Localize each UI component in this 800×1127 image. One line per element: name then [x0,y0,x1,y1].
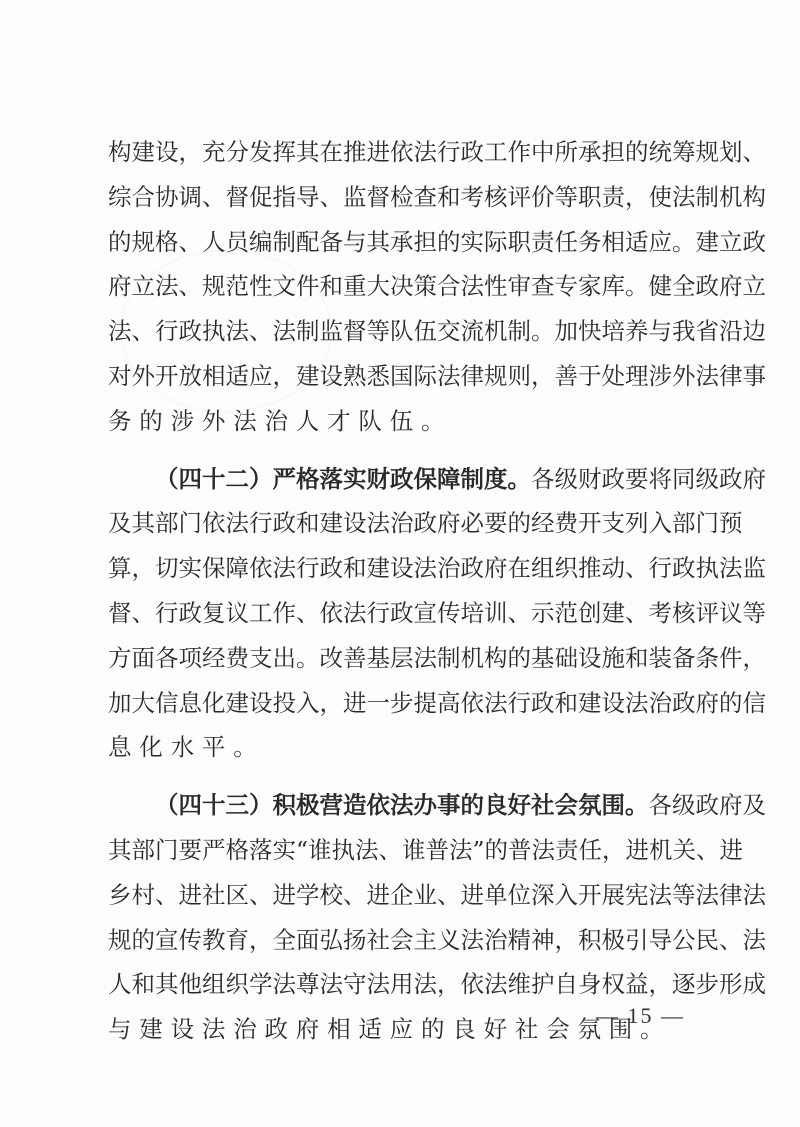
paragraph-gap [108,448,692,461]
text-line: 的规格、人员编制配备与其承担的实际职责任务相适应。建立政 [108,224,692,269]
paragraph-gap [108,774,692,787]
paragraph-continuation: 构建设，充分发挥其在推进依法行政工作中所承担的统筹规划、综合协调、督促指导、监督… [108,134,692,448]
document-body: 构建设，充分发挥其在推进依法行政工作中所承担的统筹规划、综合协调、督促指导、监督… [108,134,692,1056]
text-line: 方面各项经费支出。改善基层法制机构的基础设施和装备条件， [108,640,692,685]
text-line: 乡村、进社区、进学校、进企业、进单位深入开展宪法等法律法 [108,877,692,922]
text-line: 综合协调、督促指导、监督检查和考核评价等职责，使法制机构 [108,179,692,224]
text-line: 及其部门依法行政和建设法治政府必要的经费开支列入部门预 [108,505,692,550]
text-line: 对外开放相适应，建设熟悉国际法律规则，善于处理涉外法律事 [108,358,692,403]
text-line: 加大信息化建设投入，进一步提高依法行政和建设法治政府的信 [108,685,692,730]
text-line: 其部门要严格落实“谁执法、谁普法”的普法责任，进机关、进 [108,832,692,877]
text-line: 息化水平。 [108,729,692,774]
text-line: 法、行政执法、法制监督等队伍交流机制。加快培养与我省沿边 [108,313,692,358]
text-line: 规的宣传教育，全面弘扬社会主义法治精神，积极引导公民、法 [108,922,692,967]
text-line: 府立法、规范性文件和重大决策合法性审查专家库。健全政府立 [108,268,692,313]
page-number: — 15 — [596,1003,685,1029]
text-line: 务的涉外法治人才队伍。 [108,403,692,448]
text-line: 算，切实保障依法行政和建设法治政府在组织推动、行政执法监 [108,550,692,595]
text-line: 构建设，充分发挥其在推进依法行政工作中所承担的统筹规划、 [108,134,692,179]
section-heading-line: （四十三）积极营造依法办事的良好社会氛围。各级政府及 [108,787,692,832]
paragraph-item-42: （四十二）严格落实财政保障制度。各级财政要将同级政府及其部门依法行政和建设法治政… [108,461,692,775]
text-line: 督、行政复议工作、依法行政宣传培训、示范创建、考核评议等 [108,595,692,640]
section-heading-line: （四十二）严格落实财政保障制度。各级财政要将同级政府 [108,461,692,506]
